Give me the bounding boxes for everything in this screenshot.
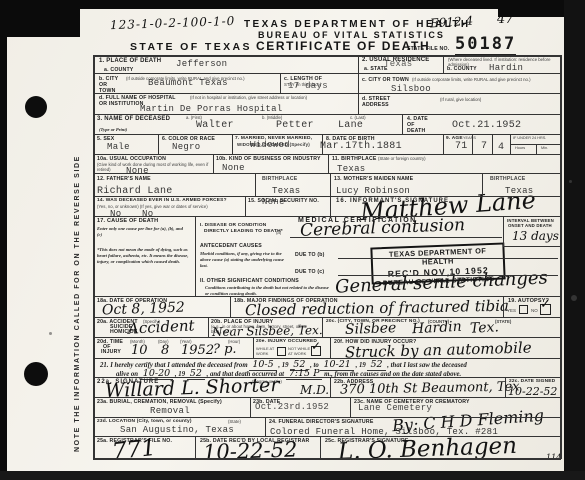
rule-line [93, 55, 561, 57]
rule-line [503, 216, 504, 246]
rule-line [503, 296, 504, 317]
city-value: Beaumont Texas [148, 78, 228, 88]
rule-line [94, 134, 560, 135]
business-label: 10b. KIND OF BUSINESS OR INDUSTRY [216, 156, 321, 162]
accident-value: Accident [128, 316, 195, 337]
disease-label-1: I. DISEASE OR CONDITION [200, 223, 266, 229]
res-city-label: c. CITY OR TOWN [362, 77, 409, 83]
age-hours-label: Hours [515, 146, 525, 151]
autopsy-yes-label: YES [507, 308, 516, 314]
mother-birthplace-label: BIRTHPLACE [490, 176, 525, 182]
armed-forces-label: 14. WAS DECEASED EVER IN U.S. ARMED FORC… [97, 198, 227, 204]
street-address-label: d. STREET ADDRESS [362, 96, 404, 108]
rule-line [94, 358, 560, 359]
rule-line [320, 436, 321, 458]
rule-line [213, 154, 214, 173]
date-recd-value: 10-22-52 [203, 437, 298, 464]
rule-line [208, 317, 209, 337]
rule-line [94, 317, 560, 318]
injury-county-value: Hardin [412, 319, 462, 338]
rule-line [250, 397, 251, 417]
state-of-texas: STATE OF TEXAS [130, 41, 252, 53]
cause-of-death-footnote: *This does not mean the mode of dying, s… [97, 247, 189, 266]
rule-line [94, 296, 560, 297]
rule-line [94, 154, 560, 155]
rule-line [94, 436, 560, 437]
rule-line [402, 114, 403, 134]
physician-address-value: 370 10th St Beaumont, Tex [340, 379, 520, 397]
rule-line [330, 377, 331, 397]
rule-line [94, 73, 560, 74]
rule-line [290, 237, 502, 238]
scan-speck [49, 332, 52, 335]
age-under24-label: IF UNDER 24 HRS. [513, 136, 559, 141]
not-while-at-work-label-2: AT WORK [288, 351, 306, 356]
occupation-value: None [126, 166, 149, 176]
rule-line [505, 377, 506, 397]
rule-line [94, 114, 560, 115]
date-of-operation-value: Oct 8, 1952 [102, 300, 185, 319]
rule-line [245, 196, 246, 216]
rule-line [93, 458, 561, 460]
rule-line [536, 144, 537, 154]
burial-location-value: San Augustino, Texas [120, 425, 234, 435]
certificate-title: CERTIFICATE OF DEATH [256, 39, 430, 53]
birthplace-label: 11. BIRTHPLACE [332, 156, 377, 162]
date-of-death-value: Oct.21.1952 [452, 120, 521, 131]
state-file-number: 50187 [455, 34, 516, 55]
punch-hole-top [25, 96, 47, 118]
rule-line [503, 246, 561, 247]
handwritten-cause-code: E912.4 [430, 14, 474, 31]
antecedent-note: Morbid conditions, if any, giving rise t… [200, 251, 288, 270]
rule-line [94, 397, 560, 398]
rule-line [482, 173, 483, 196]
rule-line [510, 134, 511, 154]
ssn-value: None [262, 197, 285, 207]
punch-hole-bottom [24, 362, 48, 386]
rule-line [93, 55, 95, 459]
rule-line [338, 275, 558, 276]
registrar-file-no-value: 771 [111, 435, 157, 465]
rule-line [94, 216, 560, 217]
sex-value: Male [107, 142, 130, 152]
birthplace-note: (State or foreign country) [378, 156, 426, 161]
other-conditions-label: II. OTHER SIGNIFICANT CONDITIONS [200, 278, 299, 284]
business-value: None [222, 163, 245, 173]
county-value: Jefferson [176, 59, 227, 69]
injury-year-value: 1952 [181, 343, 214, 358]
while-at-work-label-2: WORK [256, 351, 268, 356]
date-of-birth-value: Mar.17th.1881 [320, 141, 402, 152]
residence-county-value: Hardin [489, 63, 523, 73]
rule-line [330, 196, 331, 216]
rule-line [232, 134, 233, 154]
hospital-note: (If not in hospital or institution, give… [190, 95, 355, 100]
rule-line [94, 93, 560, 94]
burial-location-state-note: (State) [228, 419, 241, 424]
injury-occurred-label: 20e. INJURY OCCURRED [256, 339, 317, 345]
street-address-note: (If rural, give location) [440, 97, 481, 102]
scan-speck [571, 295, 577, 301]
rule-line [94, 337, 560, 338]
residence-state-value: Texas [384, 59, 413, 69]
rule-line [330, 173, 331, 196]
first-name-value: Walter [196, 120, 234, 131]
cause-a-label: (a) [276, 230, 281, 235]
scan-speck [569, 180, 572, 183]
father-birthplace-label: BIRTHPLACE [262, 176, 297, 182]
age-days-value: 4 [498, 142, 504, 153]
funeral-director-label: 24. FUNERAL DIRECTOR'S SIGNATURE [269, 419, 373, 425]
race-value: Negro [172, 142, 201, 152]
burial-location-label: 23d. LOCATION (City, town, or county) [97, 419, 192, 425]
received-stamp: TEXAS DEPARTMENT OF HEALTH REC'D NOV 10 … [370, 242, 505, 284]
injury-hour-value: ? p. [213, 342, 237, 357]
marital-value: Widowed [250, 140, 290, 150]
last-name-value: Lane [338, 120, 363, 131]
due-to-b-label: DUE TO (b) [295, 252, 325, 258]
age-months-value: 7 [481, 141, 487, 152]
interval-value: 13 days [512, 229, 559, 243]
mother-name-label: 13. MOTHER'S MAIDEN NAME [334, 176, 413, 182]
rule-line [195, 436, 196, 458]
date-signed-label: 22c. DATE SIGNED [509, 379, 555, 385]
date-of-death-label: 4. DATE OF DEATH [407, 116, 433, 135]
rule-line [330, 337, 331, 358]
cemetery-value: Lane Cemetery [358, 403, 432, 413]
injury-state-value: Tex. [470, 319, 500, 336]
res-city-note: (If outside corporate limits, write RURA… [412, 77, 552, 82]
rule-line [158, 134, 159, 154]
rule-line [358, 55, 359, 114]
rule-line [195, 216, 196, 296]
not-while-at-work-checkmark: ✓ [311, 339, 321, 353]
autopsy-no-checkmark: ✓ [540, 297, 551, 312]
injury-month-value: 10 [131, 343, 148, 358]
rule-line [253, 337, 254, 358]
injury-city-value: Silsbee [345, 320, 397, 338]
rule-line [94, 173, 560, 174]
hospital-value: Martin De Porras Hospital [140, 104, 283, 114]
while-at-work-checkbox [277, 347, 286, 356]
burial-date-value: Oct.23rd.1952 [255, 402, 329, 412]
autopsy-no-label: NO [531, 308, 538, 314]
scan-edge-bottom [0, 471, 585, 480]
autopsy-yes-checkbox [519, 305, 528, 314]
rule-line [230, 296, 231, 317]
rule-line [443, 134, 444, 154]
rule-line [255, 173, 256, 196]
type-or-print-note: (Type or Print) [99, 127, 127, 133]
residence-county-label: b. COUNTY [447, 66, 477, 72]
rule-line [443, 55, 444, 73]
age-years-value: 71 [455, 141, 468, 152]
rule-line [94, 196, 560, 197]
cause-of-death-label: 17. CAUSE OF DEATH [97, 218, 158, 225]
dept-title-line1: TEXAS DEPARTMENT OF HEALTH [244, 19, 439, 30]
rule-line [265, 417, 266, 436]
name-of-deceased-label: 3. NAME OF DECEASED [97, 116, 170, 123]
death-certificate-scan: 123-1-0-2-100-1-0 TEXAS DEPARTMENT OF HE… [0, 0, 585, 480]
disease-label-2: DIRECTLY LEADING TO DEATH* [204, 229, 283, 235]
burial-label: 23a. BURIAL, CREMATION, REMOVAL (Specify… [97, 399, 222, 405]
time-of-injury-label-3: INJURY [101, 349, 121, 355]
major-findings-value: Closed reduction of fractured tibia [245, 297, 509, 320]
scan-corner-top-left [0, 0, 80, 37]
rule-line [322, 134, 323, 154]
rule-line [94, 377, 560, 378]
father-birthplace-value: Texas [272, 186, 301, 196]
state-file-no-label: STATE FILE NO. [407, 46, 449, 52]
length-of-stay-value: 17 days [288, 81, 328, 91]
rule-line [492, 134, 493, 154]
burial-value: Removal [150, 406, 190, 416]
place-of-death-label: 1. PLACE OF DEATH [99, 58, 161, 65]
middle-name-value: Petter [276, 120, 314, 131]
rule-line [338, 258, 558, 259]
registrar-signature-value: L. O. Benhagen [338, 433, 518, 465]
age-min-label: Min. [541, 146, 548, 151]
father-name-label: 12. FATHER'S NAME [97, 176, 151, 182]
rule-line [322, 317, 323, 337]
scan-edge-right [564, 0, 585, 480]
interval-label-2: ONSET AND DEATH [508, 223, 552, 228]
physician-degree-value: M.D. [300, 383, 329, 397]
margin-reverse-side-note: NOTE THE INFORMATION CALLED FOR ON THE R… [74, 118, 81, 452]
due-to-c-label: DUE TO (c) [295, 269, 324, 275]
scan-edge-left [0, 0, 7, 480]
rule-line [472, 134, 473, 154]
certify-death-time: 7:15 P [286, 368, 323, 380]
antecedent-label: ANTECEDENT CAUSES [200, 243, 262, 249]
cause-of-death-note: Enter only one cause per line for (a), (… [97, 226, 187, 238]
injury-day-value: 8 [161, 343, 169, 358]
rule-line [560, 55, 562, 459]
rule-line [328, 154, 329, 173]
handwritten-index-code: 123-1-0-2-100-1-0 [110, 14, 236, 32]
rule-line [350, 397, 351, 417]
occupation-note: (Give kind of work done during most of w… [97, 162, 209, 173]
rule-line [94, 417, 560, 418]
rule-line [280, 73, 281, 93]
